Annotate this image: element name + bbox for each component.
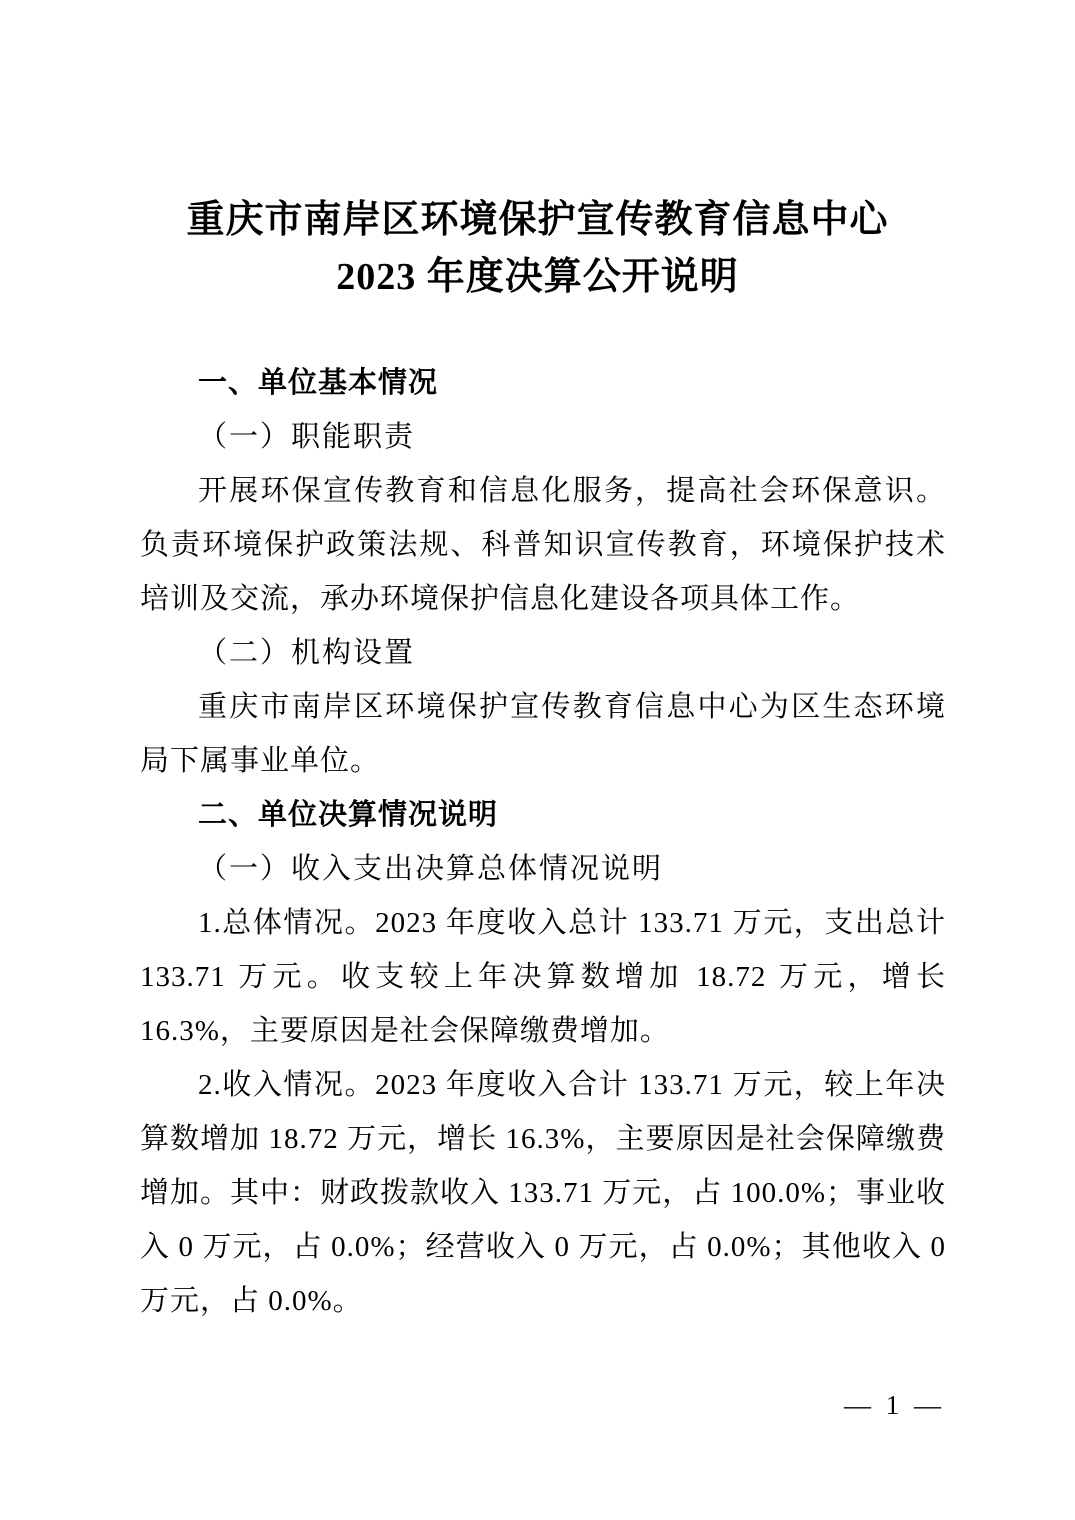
subsection-heading-2-1: （一）收入支出决算总体情况说明	[140, 842, 946, 896]
subsection-heading-1-1: （一）职能职责	[140, 410, 946, 464]
paragraph-duties: 开展环保宣传教育和信息化服务，提高社会环保意识。负责环境保护政策法规、科普知识宣…	[140, 464, 946, 626]
document-title-line2: 2023 年度决算公开说明	[90, 249, 985, 306]
document-title-line1: 重庆市南岸区环境保护宣传教育信息中心	[90, 192, 985, 249]
document-page: 重庆市南岸区环境保护宣传教育信息中心 2023 年度决算公开说明 一、单位基本情…	[0, 0, 1075, 1520]
document-body: 一、单位基本情况 （一）职能职责 开展环保宣传教育和信息化服务，提高社会环保意识…	[140, 356, 946, 1328]
paragraph-organization: 重庆市南岸区环境保护宣传教育信息中心为区生态环境局下属事业单位。	[140, 680, 946, 788]
document-title: 重庆市南岸区环境保护宣传教育信息中心 2023 年度决算公开说明	[90, 192, 985, 306]
paragraph-overall-situation: 1.总体情况。2023 年度收入总计 133.71 万元，支出总计 133.71…	[140, 896, 946, 1058]
paragraph-income-situation: 2.收入情况。2023 年度收入合计 133.71 万元，较上年决算数增加 18…	[140, 1058, 946, 1328]
subsection-heading-1-2: （二）机构设置	[140, 626, 946, 680]
section-heading-1: 一、单位基本情况	[140, 356, 946, 410]
page-number: — 1 —	[844, 1390, 945, 1421]
section-heading-2: 二、单位决算情况说明	[140, 788, 946, 842]
